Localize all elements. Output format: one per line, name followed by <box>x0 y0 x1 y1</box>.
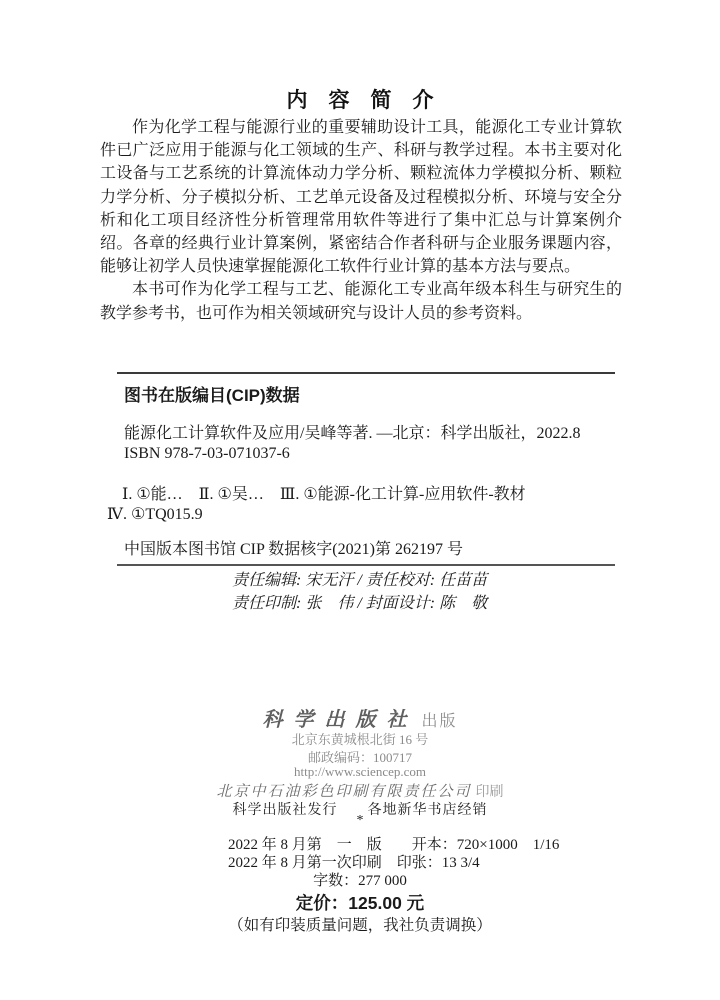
staff-line-editor-proofreader: 责任编辑: 宋无汗 / 责任校对: 任苗苗 <box>232 570 487 593</box>
intro-text-block: 作为化学工程与能源行业的重要辅助设计工具，能源化工专业计算软件已广泛应用于能源与… <box>100 116 622 325</box>
price: 定价：125.00 元 <box>0 890 720 915</box>
intro-paragraph-1: 作为化学工程与能源行业的重要辅助设计工具，能源化工专业计算软件已广泛应用于能源与… <box>100 116 622 278</box>
printer-suffix: 印刷 <box>476 785 504 800</box>
staff-credits: 责任编辑: 宋无汗 / 责任校对: 任苗苗 责任印制: 张 伟 / 封面设计: … <box>232 570 487 615</box>
publisher-logo-line: 科学出版社 出版 <box>0 703 720 732</box>
publisher-logo: 科学出版社 <box>262 709 417 731</box>
cip-heading: 图书在版编目(CIP)数据 <box>124 381 300 406</box>
word-count: 字数：277 000 <box>0 869 720 890</box>
section-title: 内 容 简 介 <box>0 84 720 114</box>
publisher-url: http://www.sciencep.com <box>0 764 720 780</box>
printer-company-name: 北京中石油彩色印刷有限责任公司 <box>216 784 471 800</box>
staff-line-printer-designer: 责任印制: 张 伟 / 封面设计: 陈 敬 <box>232 593 487 616</box>
cip-classification-line-1: Ⅰ. ①能… Ⅱ. ①吴… Ⅲ. ①能源-化工计算-应用软件-教材 <box>122 481 526 504</box>
separator-asterisk: * <box>0 813 720 829</box>
intro-paragraph-2: 本书可作为化学工程与工艺、能源化工专业高年级本科生与研究生的教学参考书，也可作为… <box>100 278 622 324</box>
publisher-address: 北京东黄城根北街 16 号 <box>0 729 720 748</box>
horizontal-rule-top <box>117 372 615 374</box>
cip-classification-line-2: Ⅳ. ①TQ015.9 <box>107 504 203 524</box>
isbn-number: ISBN 978-7-03-071037-6 <box>124 445 290 463</box>
quality-note: （如有印装质量问题，我社负责调换） <box>0 913 720 935</box>
horizontal-rule-bottom <box>117 564 615 566</box>
cip-record-number: 中国版本图书馆 CIP 数据核字(2021)第 262197 号 <box>124 536 463 559</box>
printer-line: 北京中石油彩色印刷有限责任公司 印刷 <box>0 780 720 801</box>
publisher-logo-suffix: 出版 <box>421 713 457 730</box>
book-copyright-page: 内 容 简 介 作为化学工程与能源行业的重要辅助设计工具，能源化工专业计算软件已… <box>0 0 720 1000</box>
cip-entry-line: 能源化工计算软件及应用/吴峰等著. —北京：科学出版社，2022.8 <box>124 420 580 443</box>
